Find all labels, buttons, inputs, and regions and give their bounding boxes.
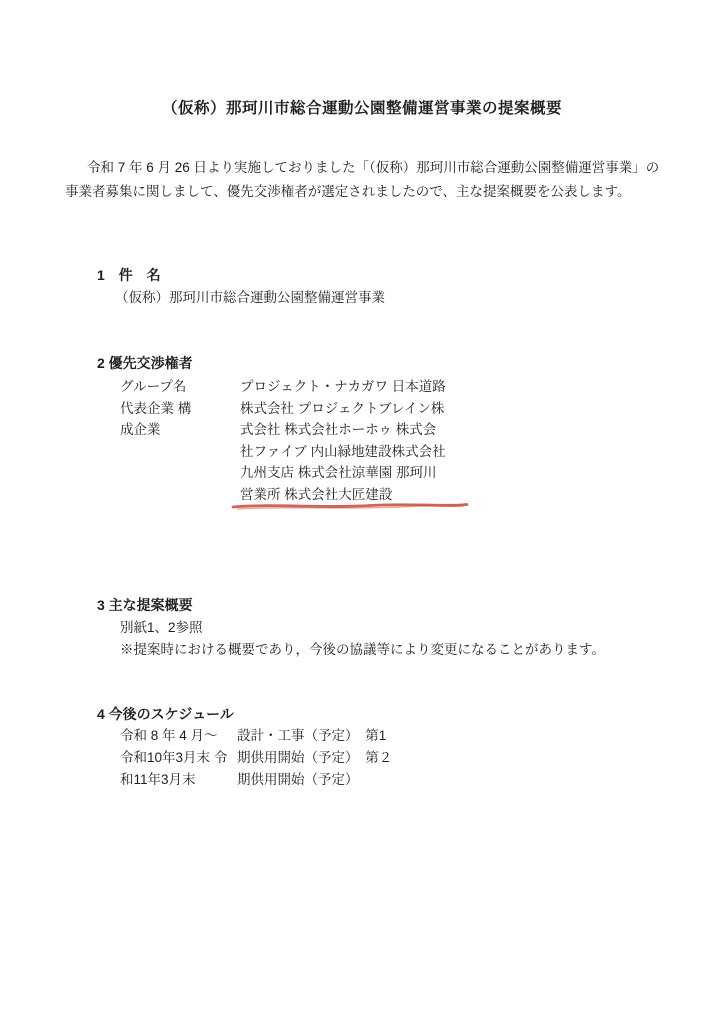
row-value: 式会社 株式会社ホーホゥ 株式会 xyxy=(240,422,436,437)
table-row: 成企業式会社 株式会社ホーホゥ 株式会 xyxy=(120,419,446,441)
section-4-heading: 4 今後のスケジュール xyxy=(97,704,234,724)
disclaimer-note: ※提案時における概要であり，今後の協議等により変更になることがあります。 xyxy=(120,639,605,661)
document-page: { "decor": { "underline_color": "#c9483a… xyxy=(0,0,724,1024)
schedule-table: 令和 8 年 4 月～設計・工事（予定） 第1 令和10年3月末 令期供用開始（… xyxy=(120,725,392,791)
schedule-date: 令和10年3月末 令 xyxy=(120,747,237,769)
attachment-reference: 別紙1、2参照 xyxy=(120,617,605,639)
schedule-row: 令和10年3月末 令期供用開始（予定） 第２ xyxy=(120,747,392,769)
section-3-body: 別紙1、2参照 ※提案時における概要であり，今後の協議等により変更になることがあ… xyxy=(120,617,605,661)
section-2-heading: 2 優先交渉権者 xyxy=(97,353,193,373)
table-row: 社ファイブ 内山緑地建設株式会社 xyxy=(120,441,446,463)
row-value: プロジェクト・ナカガワ 日本道路 xyxy=(240,379,446,394)
row-value: 株式会社 プロジェクトブレイン株 xyxy=(240,401,444,416)
schedule-date: 和11年3月末 xyxy=(120,769,237,791)
section-1-body: （仮称）那珂川市総合運動公園整備運営事業 xyxy=(115,286,385,306)
table-row: 代表企業 構株式会社 プロジェクトブレイン株 xyxy=(120,398,446,420)
row-label: 成企業 xyxy=(120,419,240,441)
schedule-row: 和11年3月末期供用開始（予定） xyxy=(120,769,392,791)
schedule-event: 設計・工事（予定） 第1 xyxy=(237,728,386,743)
page-title: （仮称）那珂川市総合運動公園整備運営事業の提案概要 xyxy=(0,96,724,118)
intro-line: 事業者募集に関しまして、優先交渉権者が選定されましたので、主な提案概要を公表しま… xyxy=(65,180,675,204)
row-label: 代表企業 構 xyxy=(120,398,240,420)
row-label: グループ名 xyxy=(120,376,240,398)
intro-line: 令和 7 年 6 月 26 日より実施しておりました「（仮称）那珂川市総合運動公… xyxy=(65,156,675,180)
preferred-negotiator-table: グループ名プロジェクト・ナカガワ 日本道路 代表企業 構株式会社 プロジェクトブ… xyxy=(120,376,446,506)
schedule-row: 令和 8 年 4 月～設計・工事（予定） 第1 xyxy=(120,725,392,747)
schedule-event: 期供用開始（予定） xyxy=(237,772,359,787)
intro-paragraph: 令和 7 年 6 月 26 日より実施しておりました「（仮称）那珂川市総合運動公… xyxy=(65,156,675,204)
row-value: 九州支店 株式会社涼華園 那珂川 xyxy=(240,465,437,480)
schedule-event: 期供用開始（予定） 第２ xyxy=(237,750,392,765)
table-row: グループ名プロジェクト・ナカガワ 日本道路 xyxy=(120,376,446,398)
schedule-date: 令和 8 年 4 月～ xyxy=(120,725,237,747)
table-row: 九州支店 株式会社涼華園 那珂川 xyxy=(120,462,446,484)
row-value: 社ファイブ 内山緑地建設株式会社 xyxy=(240,444,446,459)
red-marker-underline xyxy=(230,500,470,511)
section-1-heading: 1 件 名 xyxy=(97,265,161,285)
section-3-heading: 3 主な提案概要 xyxy=(97,595,193,615)
